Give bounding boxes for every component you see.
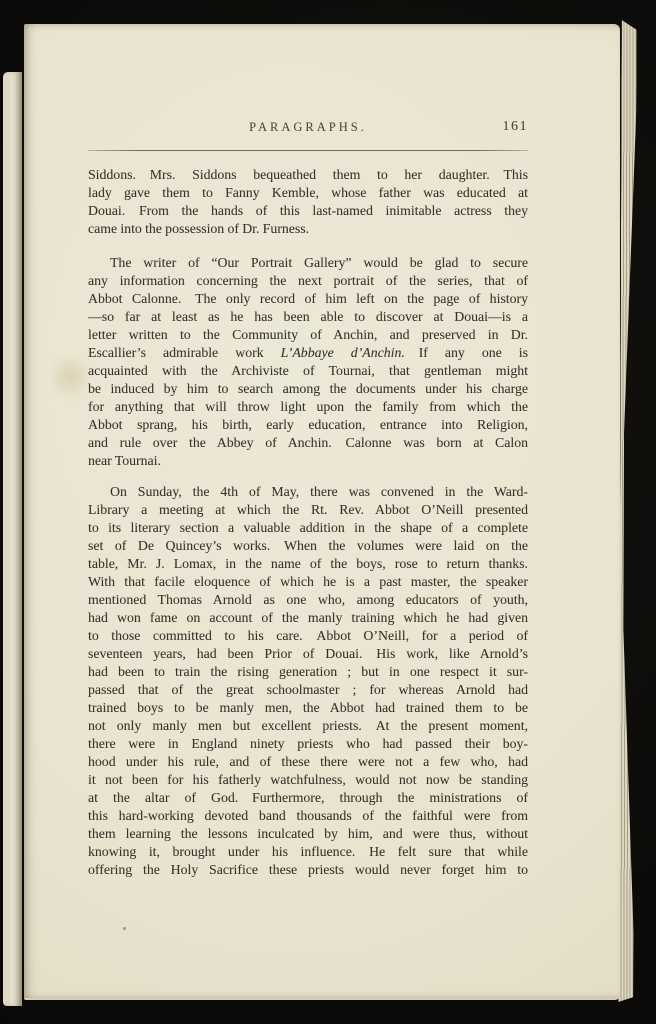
text-line: them learning the lessons inculcated by … (88, 825, 528, 843)
running-header: PARAGRAPHS. 161 (88, 120, 528, 136)
text-segment: knowing it, brought under his influence.… (88, 844, 528, 859)
text-segment: this hard-working devoted band thousands… (88, 808, 528, 823)
text-segment: Library a meeting at which the Rt. Rev. … (88, 502, 528, 517)
text-segment: at the altar of God. Furthermore, throug… (88, 790, 528, 805)
text-line: not only manly men but excellent priests… (88, 717, 528, 735)
text-line: trained boys to be manly men, the Abbot … (88, 699, 528, 717)
text-line: offering the Holy Sacrifice these priest… (88, 861, 528, 879)
text-line: passed that of the great schoolmaster ; … (88, 681, 528, 699)
page-edge-stack (618, 20, 636, 1002)
text-line: With that facile eloquence of which he i… (88, 573, 528, 591)
text-line: this hard-working devoted band thousands… (88, 807, 528, 825)
text-line: —so far at least as he has been able to … (88, 308, 528, 326)
text-line: and rule over the Abbey of Anchin. Calon… (88, 434, 528, 452)
facing-page-edge (3, 72, 22, 1006)
text-segment: Siddons. Mrs. Siddons bequeathed them to… (88, 167, 528, 182)
text-segment: If any one is (405, 345, 528, 360)
paragraph-3: On Sunday, the 4th of May, there was con… (88, 483, 528, 879)
text-segment: set of De Quincey’s works. When the volu… (88, 538, 528, 553)
text-line: at the altar of God. Furthermore, throug… (88, 789, 528, 807)
text-line: Escallier’s admirable work L’Abbaye d’An… (88, 344, 528, 362)
text-line: to its literary section a valuable addit… (88, 519, 528, 537)
running-header-title: PARAGRAPHS. (88, 120, 528, 135)
text-segment: —so far at least as he has been able to … (88, 309, 528, 324)
book-page: PARAGRAPHS. 161 Siddons. Mrs. Siddons be… (24, 24, 620, 1000)
text-segment: The writer of “Our Portrait Gallery” wou… (110, 255, 528, 270)
text-segment: hood under his rule, and of these there … (88, 754, 528, 769)
page-speck (123, 927, 126, 930)
text-segment: any information concerning the next port… (88, 273, 528, 288)
text-segment: trained boys to be manly men, the Abbot … (88, 700, 528, 715)
page-number: 161 (503, 119, 529, 135)
text-segment: letter written to the Community of Anchi… (88, 327, 528, 342)
text-segment: had been to train the rising generation … (88, 664, 528, 679)
italic-book-title: L’Abbaye d’Anchin. (281, 345, 405, 360)
text-line: On Sunday, the 4th of May, there was con… (88, 483, 528, 501)
text-column: PARAGRAPHS. 161 Siddons. Mrs. Siddons be… (88, 120, 528, 879)
text-line: to those committed to his care. Abbot O’… (88, 627, 528, 645)
text-line: lady gave them to Fanny Kemble, whose fa… (88, 184, 528, 202)
text-segment: be induced by him to search among the do… (88, 381, 528, 396)
text-segment: to those committed to his care. Abbot O’… (88, 628, 528, 643)
text-line: Abbot Calonne. The only record of him le… (88, 290, 528, 308)
text-segment: offering the Holy Sacrifice these priest… (88, 862, 528, 877)
text-segment: seventeen years, had been Prior of Douai… (88, 646, 528, 661)
text-segment: to its literary section a valuable addit… (88, 520, 528, 535)
text-line: Abbot sprang, his birth, early education… (88, 416, 528, 434)
text-segment: On Sunday, the 4th of May, there was con… (110, 484, 528, 499)
paragraph-2: The writer of “Our Portrait Gallery” wou… (88, 254, 528, 470)
text-line: The writer of “Our Portrait Gallery” wou… (88, 254, 528, 272)
text-line: for anything that will throw light upon … (88, 398, 528, 416)
text-line: seventeen years, had been Prior of Douai… (88, 645, 528, 663)
text-segment: acquainted with the Archiviste of Tourna… (88, 363, 528, 378)
text-line: had won fame on account of the manly tra… (88, 609, 528, 627)
text-segment: Abbot Calonne. The only record of him le… (88, 291, 528, 306)
header-rule (88, 150, 528, 151)
text-segment: there were in England ninety priests who… (88, 736, 528, 751)
text-line: hood under his rule, and of these there … (88, 753, 528, 771)
text-line: be induced by him to search among the do… (88, 380, 528, 398)
text-line: it not been for his fatherly watchfulnes… (88, 771, 528, 789)
page-stain (52, 352, 88, 402)
text-line: letter written to the Community of Anchi… (88, 326, 528, 344)
text-segment: not only manly men but excellent priests… (88, 718, 528, 733)
text-segment: mentioned Thomas Arnold as one who, amon… (88, 592, 528, 607)
book-scan: PARAGRAPHS. 161 Siddons. Mrs. Siddons be… (0, 0, 656, 1024)
text-line: there were in England ninety priests who… (88, 735, 528, 753)
text-segment: came into the possession of Dr. Furness. (88, 221, 309, 236)
text-line: set of De Quincey’s works. When the volu… (88, 537, 528, 555)
text-line: acquainted with the Archiviste of Tourna… (88, 362, 528, 380)
text-segment: Abbot sprang, his birth, early education… (88, 417, 528, 432)
text-line: table, Mr. J. Lomax, in the name of the … (88, 555, 528, 573)
text-segment: Douai. From the hands of this last-named… (88, 203, 528, 218)
text-line: near Tournai. (88, 452, 528, 470)
text-line: any information concerning the next port… (88, 272, 528, 290)
text-line: Siddons. Mrs. Siddons bequeathed them to… (88, 166, 528, 184)
text-segment: had won fame on account of the manly tra… (88, 610, 528, 625)
text-segment: passed that of the great schoolmaster ; … (88, 682, 528, 697)
text-segment: With that facile eloquence of which he i… (88, 574, 528, 589)
text-line: Douai. From the hands of this last-named… (88, 202, 528, 220)
text-line: came into the possession of Dr. Furness. (88, 220, 528, 238)
text-segment: and rule over the Abbey of Anchin. Calon… (88, 435, 528, 450)
text-segment: it not been for his fatherly watchfulnes… (88, 772, 528, 787)
text-line: Library a meeting at which the Rt. Rev. … (88, 501, 528, 519)
text-segment: table, Mr. J. Lomax, in the name of the … (88, 556, 528, 571)
text-segment: near Tournai. (88, 453, 161, 468)
text-line: mentioned Thomas Arnold as one who, amon… (88, 591, 528, 609)
text-line: had been to train the rising generation … (88, 663, 528, 681)
text-segment: them learning the lessons inculcated by … (88, 826, 528, 841)
text-line: knowing it, brought under his influence.… (88, 843, 528, 861)
text-segment: lady gave them to Fanny Kemble, whose fa… (88, 185, 528, 200)
paragraph-1: Siddons. Mrs. Siddons bequeathed them to… (88, 166, 528, 238)
text-segment: Escallier’s admirable work (88, 345, 281, 360)
text-segment: for anything that will throw light upon … (88, 399, 528, 414)
